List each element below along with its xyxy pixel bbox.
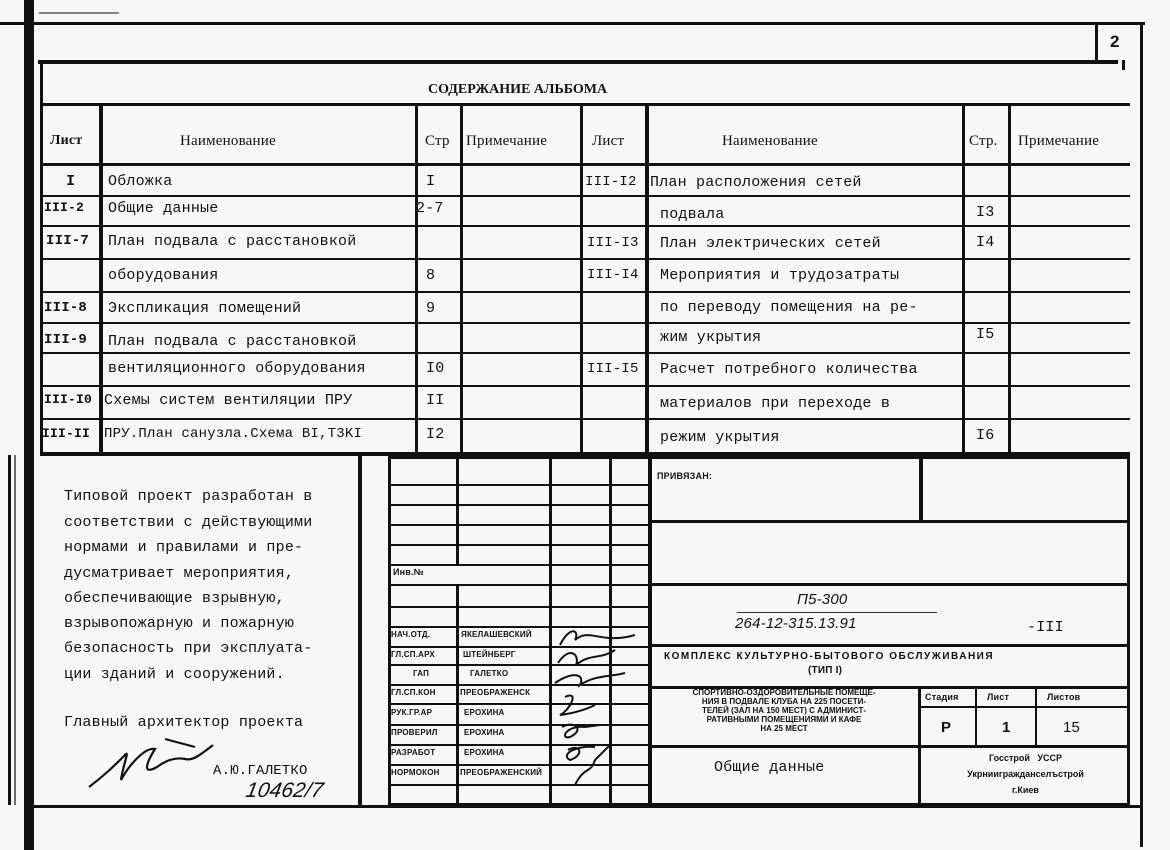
project-title: КОМПЛЕКС КУЛЬТУРНО-БЫТОВОГО ОБСЛУЖИВАНИЯ (664, 652, 994, 662)
row-name: Мероприятия и трудозатраты (660, 268, 899, 283)
row-sheet: III-8 (44, 301, 87, 315)
stage-value: Р (941, 720, 951, 735)
row-name: План подвала с расстановкой (108, 234, 356, 249)
handwritten-archive-number: 10462/7 (244, 780, 325, 801)
col-rule (415, 103, 418, 453)
row-name: подвала (660, 207, 724, 222)
statement-line: дусматривает мероприятия, (64, 566, 294, 581)
organization-line: г.Киев (921, 782, 1130, 798)
stamp-rule (650, 583, 1130, 586)
stamp-row-rule (388, 544, 650, 546)
row-page: I6 (976, 428, 994, 443)
row-name: Обложка (108, 174, 172, 189)
stamp-rule (918, 706, 1130, 708)
inventory-number-label: Инв.№ (393, 568, 424, 577)
sheet-title: Общие данные (714, 760, 824, 775)
header-name-left: Наименование (180, 134, 276, 149)
staff-name: ЕРОХИНА (464, 729, 505, 737)
stamp-row-rule (388, 504, 650, 506)
inv-row-cover (454, 566, 460, 584)
top-margin-scribble (39, 6, 122, 14)
row-rule (40, 225, 1130, 227)
signer-title: Главный архитектор проекта (64, 715, 303, 730)
object-description-line: ТЕЛЕЙ (ЗАЛ НА 150 МЕСТ) С АДМИНИСТ- (652, 706, 916, 715)
row-page: II (426, 393, 444, 408)
organization: Госстрой УССР Укрниигражданселъстрой г.К… (921, 750, 1130, 798)
staff-name: ГАЛЕТКО (470, 670, 508, 678)
col-rule (99, 103, 103, 453)
sheet-number-tick (1122, 60, 1125, 70)
row-name: оборудования (108, 268, 218, 283)
stamp-rule (919, 456, 923, 522)
statement-line: обеспечивающие взрывную, (64, 591, 285, 606)
staff-signatures (540, 615, 650, 790)
staff-role: ГЛ.СП.АРХ (391, 651, 435, 659)
object-description: СПОРТИВНО-ОЗДОРОВИТЕЛЬНЫЕ ПОМЕЩЕ- НИЯ В … (652, 688, 916, 733)
header-sheet-right: Лист (592, 134, 624, 149)
statement-line: Типовой проект разработан в (64, 489, 312, 504)
staff-role: НОРМОКОН (391, 769, 440, 777)
table-top-rule (40, 103, 1130, 106)
row-page: I0 (426, 361, 444, 376)
object-description-line: НА 25 МЕСТ (652, 724, 916, 733)
left-binding-margin-line (24, 0, 34, 850)
staff-name: ЯКЕЛАШЕВСКИЙ (461, 631, 532, 639)
row-sheet: I (66, 174, 75, 189)
staff-role: РАЗРАБОТ (391, 749, 435, 757)
chief-architect-signature (85, 735, 220, 795)
row-name: План электрических сетей (660, 236, 881, 251)
bound-to-label: ПРИВЯЗАН: (657, 472, 712, 481)
row-page: 2-7 (416, 201, 444, 216)
row-rule (40, 195, 1130, 197)
row-sheet: III-7 (46, 234, 89, 248)
statement-line: нормами и правилами и пре- (64, 540, 303, 555)
staff-name: ШТЕЙНБЕРГ (463, 651, 516, 659)
row-rule (40, 322, 1130, 324)
object-description-line: НИЯ В ПОДВАЛЕ КЛУБА НА 225 ПОСЕТИ- (652, 697, 916, 706)
staff-role: ГЛ.СП.КОН (391, 689, 436, 697)
staff-name: ПРЕОБРАЖЕНСК (460, 689, 530, 697)
header-strip-bottom (38, 60, 1118, 64)
table-header-rule (40, 163, 1130, 166)
row-sheet: III-I5 (587, 362, 639, 376)
col-rule (962, 103, 965, 453)
contents-title: СОДЕРЖАНИЕ АЛЬБОМА (428, 83, 607, 97)
sheet-value: 1 (1002, 720, 1011, 735)
row-page: I3 (976, 205, 994, 220)
project-code-fraction-line (737, 612, 937, 613)
sheet-number: 2 (1110, 33, 1120, 50)
stamp-row-rule (388, 606, 650, 608)
staff-role: ПРОВЕРИЛ (391, 729, 438, 737)
staff-role: РУК.ГР.АР (391, 709, 432, 717)
row-name: Общие данные (108, 201, 218, 216)
sheets-label: Листов (1047, 693, 1080, 702)
left-binding-thin-line (8, 455, 11, 805)
row-sheet: III-I3 (587, 236, 639, 250)
sheets-value: 15 (1063, 720, 1080, 735)
header-name-right: Наименование (722, 134, 818, 149)
row-sheet: III-9 (44, 333, 87, 347)
staff-role: ГАП (413, 670, 429, 678)
stamp-row-rule (388, 564, 650, 566)
row-name: материалов при переходе в (660, 396, 890, 411)
row-sheet: III-I2 (585, 175, 637, 189)
stamp-rule (650, 520, 1130, 523)
stamp-rule (1035, 686, 1037, 746)
stamp-row-rule (388, 584, 650, 586)
row-sheet: III-I0 (44, 393, 92, 406)
project-code-suffix: -III (1027, 620, 1064, 635)
row-page: 8 (426, 268, 435, 283)
row-name: План расположения сетей (650, 175, 862, 190)
row-name: Расчет потребного количества (660, 362, 918, 377)
row-sheet: III-I4 (587, 268, 639, 282)
object-description-line: РАТИВНЫМИ ПОМЕЩЕНИЯМИ И КАФЕ (652, 715, 916, 724)
col-rule (580, 103, 583, 453)
stamp-rule (975, 686, 977, 746)
header-note-left: Примечание (466, 134, 547, 149)
row-page: 9 (426, 301, 435, 316)
statement-line: соответствии с действующими (64, 515, 312, 530)
left-binding-thin-line-2 (14, 455, 16, 805)
staff-name: ЕРОХИНА (464, 749, 505, 757)
staff-role: НАЧ.ОТД. (391, 631, 430, 639)
signer-name: А.Ю.ГАЛЕТКО (213, 764, 308, 778)
stamp-col-rule (456, 456, 459, 806)
staff-name: ЕРОХИНА (464, 709, 505, 717)
row-rule (40, 418, 1130, 420)
row-name: режим укрытия (660, 430, 780, 445)
header-sheet-left: Лист (50, 134, 82, 148)
sheet-label: Лист (987, 693, 1009, 702)
statement-line: ции зданий и сооружений. (64, 667, 285, 682)
row-sheet: III-2 (44, 201, 84, 214)
col-rule (645, 103, 649, 453)
row-name: Схемы систем вентиляции ПРУ (104, 393, 352, 408)
object-description-line: СПОРТИВНО-ОЗДОРОВИТЕЛЬНЫЕ ПОМЕЩЕ- (652, 688, 916, 697)
row-rule (40, 258, 1130, 260)
project-type: (ТИП I) (808, 666, 842, 676)
header-note-right: Примечание (1018, 134, 1099, 149)
header-page-right: Стр. (969, 134, 998, 149)
row-page: I2 (426, 427, 444, 442)
row-page: I4 (976, 235, 994, 250)
top-border (0, 22, 1145, 25)
statement-line: взрывопожарную и пожарную (64, 616, 294, 631)
row-name: ПРУ.План санузла.Схема BI,T3KI (104, 427, 362, 441)
stage-label: Стадия (925, 693, 959, 702)
row-page: I (426, 174, 435, 189)
row-rule (40, 352, 1130, 354)
project-code-bottom: 264-12-315.13.91 (735, 616, 857, 631)
statement-line: безопасность при эксплуата- (64, 641, 312, 656)
row-rule (40, 385, 1130, 387)
col-rule (460, 103, 463, 453)
stamp-rule (650, 745, 1130, 748)
staff-name: ПРЕОБРАЖЕНСКИЙ (460, 769, 542, 777)
stamp-row-rule (388, 524, 650, 526)
col-rule (1008, 103, 1011, 453)
row-name: План подвала с расстановкой (108, 334, 356, 349)
col-rule (40, 64, 43, 454)
row-name: Экспликация помещений (108, 301, 301, 316)
row-sheet: III-II (42, 427, 90, 440)
row-rule (40, 291, 1130, 293)
row-name: жим укрытия (660, 330, 761, 345)
row-page: I5 (976, 327, 994, 342)
sheet-number-box-divider (1095, 22, 1098, 64)
stamp-rule (650, 644, 1130, 647)
organization-line: Укрниигражданселъстрой (921, 766, 1130, 782)
stamp-row-rule (388, 484, 650, 486)
header-page-left: Стр (425, 134, 450, 149)
row-name: вентиляционного оборудования (108, 361, 366, 376)
project-code-top: П5-300 (797, 592, 847, 607)
organization-line: Госстрой УССР (921, 750, 1130, 766)
row-name: по переводу помещения на ре- (660, 300, 918, 315)
right-frame-border (1140, 22, 1143, 847)
